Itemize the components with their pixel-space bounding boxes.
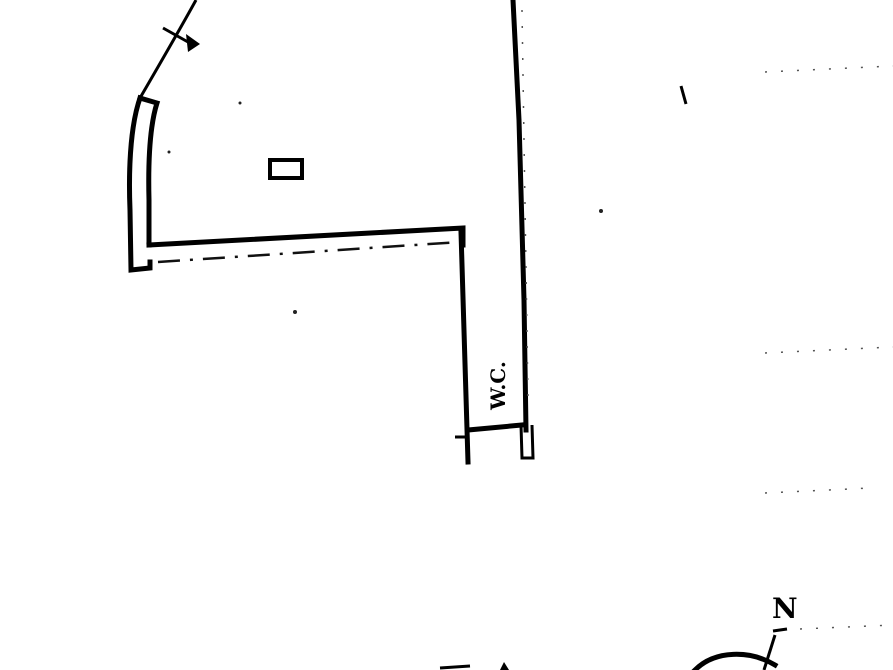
mark — [681, 86, 686, 104]
bottom-fragment — [440, 666, 470, 668]
door-swing-icon — [140, 0, 200, 98]
dotted-line-2 — [765, 347, 893, 353]
north-arrow-icon: N — [695, 592, 893, 670]
wc-left-wall — [461, 232, 468, 462]
floor-plan: W.C. N — [0, 0, 893, 670]
hidden-line — [158, 242, 460, 262]
north-label: N — [772, 592, 798, 625]
horizontal-wall — [149, 228, 463, 245]
dotted-line-1 — [765, 66, 893, 72]
dotted-line-3 — [765, 488, 870, 493]
wc-right-wall — [513, 0, 526, 430]
fixture-rect — [270, 160, 302, 178]
wc-partition — [468, 425, 522, 430]
wc-label: W.C. — [486, 361, 510, 411]
